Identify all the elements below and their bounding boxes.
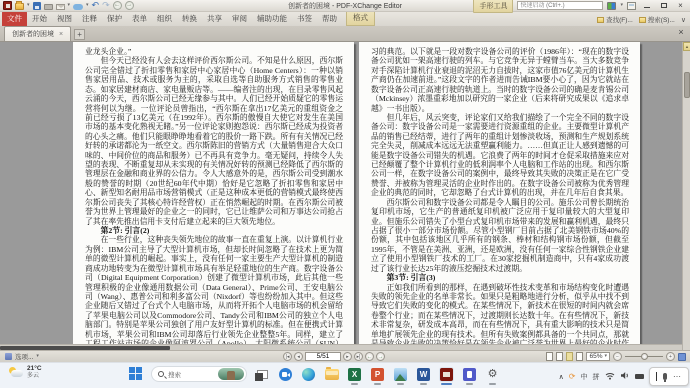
ribbon-tab-comment[interactable]: 注释: [77, 11, 102, 26]
quick-access-toolbar: ▾ ▾ ▾ ↶ ↷ ← →: [3, 1, 134, 10]
input-toolbar[interactable]: ⋯: [649, 367, 690, 386]
ribbon-tab-bar: 文件 开始 视图 注释 保护 表单 组织 转换 共享 审阅 辅助功能 书签 帮助…: [0, 12, 690, 26]
search-button[interactable]: 搜索(S)...: [639, 15, 675, 24]
find-button[interactable]: 查找(F)...: [597, 15, 633, 24]
zoom-slider-knob[interactable]: [641, 353, 648, 360]
app-icon: [3, 1, 12, 10]
volume-icon[interactable]: [620, 371, 630, 382]
settings-button[interactable]: ⚙: [485, 367, 500, 382]
powerpoint-icon: P: [371, 368, 384, 381]
ribbon-tab-accessibility[interactable]: 辅助功能: [252, 11, 292, 26]
ime-language-indicator[interactable]: 中: [581, 372, 588, 382]
two-page-layout-icon[interactable]: [566, 352, 573, 361]
next-view-button[interactable]: →: [376, 352, 385, 361]
pdf-page-right[interactable]: 习的典范。以下就是一段对数字设备公司的评价（1986年）：“现在的数字设备公司犹…: [359, 42, 640, 345]
previous-view-button[interactable]: ←: [365, 352, 374, 361]
document-view: 业龙头企业。” 但今天已经没有人会去这样评价西尔斯公司。不知是什么原因，西尔斯公…: [0, 42, 690, 350]
options-icon: [5, 353, 12, 360]
ui-theme-caret[interactable]: ▾: [620, 3, 623, 8]
ribbon-tab-form[interactable]: 表单: [127, 11, 152, 26]
ribbon-tab-review[interactable]: 审阅: [227, 11, 252, 26]
continuous-layout-icon[interactable]: [556, 352, 563, 361]
weather-condition: 多云: [27, 373, 42, 379]
scroll-up-icon[interactable]: ▲: [683, 42, 690, 51]
vertical-scrollbar-thumb[interactable]: [684, 72, 690, 98]
powerpoint-button[interactable]: P: [370, 367, 385, 382]
ribbon-tab-convert[interactable]: 转换: [177, 11, 202, 26]
wifi-icon[interactable]: [605, 371, 615, 382]
quick-launch-input[interactable]: [517, 1, 603, 10]
new-tab-button[interactable]: +: [74, 29, 85, 40]
file-explorer-icon: [325, 369, 339, 380]
taskbar: 21°C 多云 搜索 X P W ⚙ ∧ ⟳ 中 拼 ⋯: [0, 362, 690, 388]
ribbon-tab-home[interactable]: 开始: [27, 11, 52, 26]
open-dropdown-caret[interactable]: ▾: [27, 3, 30, 8]
teams-button[interactable]: [462, 367, 477, 382]
options-button[interactable]: 选项...: [15, 352, 33, 361]
zoom-in-button[interactable]: +: [666, 352, 675, 361]
minimize-button[interactable]: [640, 1, 653, 11]
battery-icon[interactable]: [635, 374, 644, 379]
task-view-button[interactable]: [255, 367, 270, 382]
tab-bar-close-icon[interactable]: ×: [675, 27, 687, 39]
zoom-level-select[interactable]: 65% ▾: [586, 352, 610, 361]
print-icon[interactable]: [44, 4, 53, 10]
zoom-level-value: 65%: [589, 353, 602, 360]
ribbon-tab-help[interactable]: 帮助: [317, 11, 342, 26]
open-file-icon[interactable]: [15, 3, 24, 10]
pdf-xchange-button[interactable]: [439, 367, 454, 382]
next-page-button[interactable]: ▸: [343, 352, 352, 361]
weather-widget[interactable]: 21°C 多云: [8, 366, 42, 379]
file-explorer-button[interactable]: [324, 367, 339, 382]
photos-icon: [394, 368, 407, 381]
tray-chevron-icon[interactable]: ∧: [559, 373, 564, 381]
excel-icon: X: [348, 368, 361, 381]
search-daily-image: [218, 368, 244, 380]
paragraph: 但今天已经没有人会去这样评价西尔斯公司。不知是什么原因，西尔斯公司完全错过了折扣…: [85, 56, 343, 226]
pdf-page-left[interactable]: 业龙头企业。” 但今天已经没有人会去这样评价西尔斯公司。不知是什么原因，西尔斯公…: [73, 42, 354, 345]
two-page-continuous-layout-icon[interactable]: [576, 352, 583, 361]
page-number-input[interactable]: [305, 352, 341, 361]
pdf-xchange-icon: [440, 368, 453, 381]
email-dropdown-caret[interactable]: ▾: [68, 3, 71, 8]
paragraph: 在一些行业，这种丧失领先地位的故事一直在重复上演。以计算机行业为例：IBM公司主…: [85, 235, 343, 345]
ribbon-collapse-icon[interactable]: ∨: [681, 16, 686, 24]
taskbar-search[interactable]: 搜索: [151, 366, 247, 382]
ribbon-tab-organize[interactable]: 组织: [152, 11, 177, 26]
search-icon: [639, 17, 646, 23]
photos-button[interactable]: [393, 367, 408, 382]
panel-toggle-icon[interactable]: [678, 353, 686, 361]
teams-icon: [463, 368, 476, 381]
options-caret[interactable]: ▾: [36, 354, 39, 359]
section-heading: 第3节: 引言(3): [371, 273, 629, 282]
document-tab-label: 创新者的困境: [12, 29, 54, 39]
paragraph: 但几年后，风云突变，评论家们又给我们描绘了一个完全不同的数字设备公司：数字设备公…: [371, 113, 629, 198]
ribbon-tab-share[interactable]: 共享: [202, 11, 227, 26]
sync-icon[interactable]: ⟳: [569, 372, 576, 381]
vertical-scrollbar[interactable]: ▲: [682, 42, 690, 350]
zoom-slider[interactable]: [625, 356, 663, 357]
zoom-caret: ▾: [604, 354, 607, 359]
gear-icon: ⚙: [488, 369, 498, 380]
email-icon[interactable]: [56, 4, 65, 10]
history-forward-icon[interactable]: →: [125, 1, 134, 10]
previous-page-button[interactable]: ◂: [294, 352, 303, 361]
ime-pinyin-indicator[interactable]: 拼: [593, 372, 600, 382]
chat-icon: [279, 368, 292, 381]
maximize-button[interactable]: [657, 1, 670, 11]
search-placeholder: 搜索: [168, 370, 214, 379]
status-bar: 选项... ▾ |◂ ◂ ▸ ▸| ← → 65% ▾ − +: [0, 350, 690, 362]
paragraph: 西尔斯公司和数字设备公司都是令人瞩目的公司。施乐公司曾长期统治复印机市场，它生产…: [371, 198, 629, 273]
first-page-button[interactable]: |◂: [283, 352, 292, 361]
ribbon-tab-bookmarks[interactable]: 书签: [292, 11, 317, 26]
edge-button[interactable]: [301, 367, 316, 382]
zoom-out-button[interactable]: −: [613, 352, 622, 361]
find-icon: [597, 17, 604, 23]
windows-logo-icon: [129, 367, 143, 381]
single-page-layout-icon[interactable]: [546, 352, 553, 361]
chat-button[interactable]: [278, 367, 293, 382]
weather-temp: 21°C: [27, 366, 42, 373]
cloud-dropdown-caret[interactable]: ▾: [86, 3, 89, 8]
microphone-icon[interactable]: [663, 373, 667, 380]
word-button[interactable]: W: [416, 367, 431, 382]
paragraph: 正如我们所看到的那样，在遇到破坏性技术变革和市场结构变化时遭遇失败的领先企业的名…: [371, 283, 629, 345]
document-tab-close-icon[interactable]: ×: [59, 31, 63, 38]
text-cursor-icon: [656, 372, 658, 381]
excel-button[interactable]: X: [347, 367, 362, 382]
ribbon-tab-protect[interactable]: 保护: [102, 11, 127, 26]
window-title: 创新者的困境 - PDF-XChange Editor: [288, 1, 402, 11]
undo-icon[interactable]: ↶: [92, 1, 100, 10]
word-icon: W: [417, 368, 430, 381]
last-page-button[interactable]: ▸|: [354, 352, 363, 361]
document-tab-bar: 创新者的困境 × + ×: [0, 26, 690, 42]
redo-icon[interactable]: ↷: [102, 1, 110, 10]
ribbon-tab-file[interactable]: 文件: [2, 11, 27, 26]
more-options-icon[interactable]: ⋯: [673, 372, 682, 381]
close-button[interactable]: ×: [674, 1, 687, 11]
history-back-icon[interactable]: ←: [113, 1, 122, 10]
start-button[interactable]: [128, 367, 143, 382]
task-view-icon: [257, 370, 268, 379]
search-icon: [158, 371, 164, 377]
layout-switch-icon[interactable]: [627, 2, 636, 10]
weather-icon: [8, 366, 24, 379]
save-icon[interactable]: [33, 2, 41, 10]
document-tab[interactable]: 创新者的困境 ×: [4, 26, 71, 41]
hand-tool-button[interactable]: 手形工具: [473, 0, 513, 13]
paragraph: 习的典范。以下就是一段对数字设备公司的评价（1986年）：“现在的数字设备公司犹…: [371, 47, 629, 113]
ui-theme-icon[interactable]: [607, 2, 616, 10]
paragraph: 业龙头企业。”: [85, 47, 343, 56]
edge-icon: [302, 368, 315, 381]
title-bar: ▾ ▾ ▾ ↶ ↷ ← → 创新者的困境 - PDF-XChange Edito…: [0, 0, 690, 12]
cloud-icon[interactable]: [73, 4, 83, 10]
ribbon-tab-view[interactable]: 视图: [52, 11, 77, 26]
